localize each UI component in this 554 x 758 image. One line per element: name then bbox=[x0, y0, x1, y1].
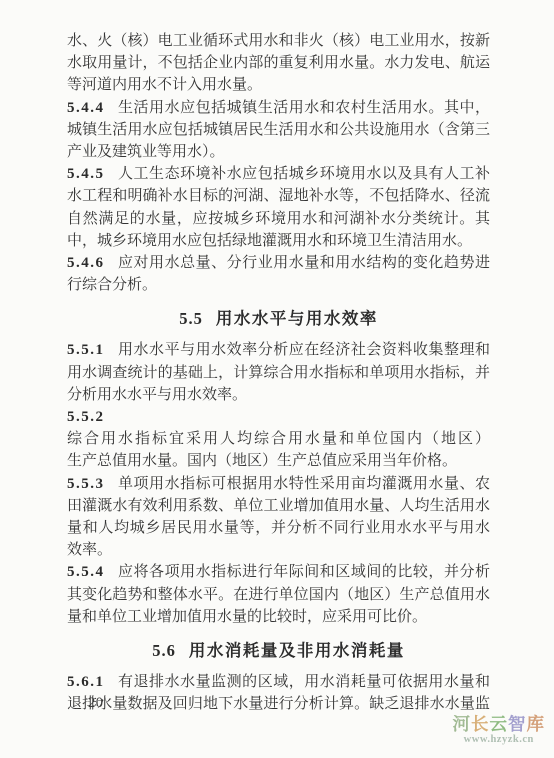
text-line: 等河道内用水不计入用水量。 bbox=[67, 74, 490, 96]
clause-number: 5.4.4 bbox=[67, 100, 105, 116]
text-line: 效率。 bbox=[67, 539, 490, 561]
text-line: 生产总值用水量。国内（地区）生产总值应采用当年价格。 bbox=[67, 450, 490, 472]
text-line: 水工程和明确补水目标的河湖、湿地补水等，不包括降水、径流 bbox=[67, 185, 490, 207]
paragraph: 水、火（核）电工业循环式用水和非火（核）电工业用水，按新水取用量计，不包括企业内… bbox=[67, 30, 490, 97]
section-number: 5.6 bbox=[152, 641, 176, 660]
text-line: 量和单位工业增加值用水量的比较时，应采用可比价。 bbox=[67, 606, 490, 628]
watermark-url: www.hzyzk.cn bbox=[453, 734, 546, 746]
page-content: 水、火（核）电工业循环式用水和非火（核）电工业用水，按新水取用量计，不包括企业内… bbox=[67, 30, 490, 715]
watermark-char: 河 bbox=[453, 714, 472, 734]
text-line: 5.5.3单项用水指标可根据用水特性采用亩均灌溉用水量、农 bbox=[67, 473, 490, 495]
clause-paragraph: 5.4.4生活用水应包括城镇生活用水和农村生活用水。其中，城镇生活用水应包括城镇… bbox=[67, 97, 490, 164]
text-line: 5.5.2综合用水指标宜采用人均综合用水量和单位国内（地区） bbox=[67, 406, 490, 450]
clause-paragraph: 5.5.1用水水平与用水效率分析应在经济社会资料收集整理和用水调查统计的基础上，… bbox=[67, 339, 490, 406]
text-line: 其变化趋势和整体水平。在进行单位国内（地区）生产总值用水 bbox=[67, 584, 490, 606]
watermark-title: 河长云智库 bbox=[453, 715, 546, 734]
text-line: 5.4.4生活用水应包括城镇生活用水和农村生活用水。其中， bbox=[67, 97, 490, 119]
text-line: 5.4.6应对用水总量、分行业用水量和用水结构的变化趋势进 bbox=[67, 252, 490, 274]
document-page: 水、火（核）电工业循环式用水和非火（核）电工业用水，按新水取用量计，不包括企业内… bbox=[0, 0, 554, 758]
watermark-char: 云 bbox=[490, 714, 509, 734]
clause-number: 5.5.3 bbox=[67, 476, 105, 492]
clause-paragraph: 5.5.3单项用水指标可根据用水特性采用亩均灌溉用水量、农田灌溉水有效利用系数、… bbox=[67, 473, 490, 562]
clause-number: 5.6.1 bbox=[67, 674, 105, 690]
text-line: 水取用量计，不包括企业内部的重复利用水量。水力发电、航运 bbox=[67, 52, 490, 74]
text-line: 5.5.4应将各项用水指标进行年际间和区域间的比较，并分析 bbox=[67, 561, 490, 583]
clause-number: 5.4.5 bbox=[67, 166, 105, 182]
watermark: 河长云智库 www.hzyzk.cn bbox=[453, 715, 546, 746]
text-line: 田灌溉水有效利用系数、单位工业增加值用水量、人均生活用水 bbox=[67, 495, 490, 517]
section-title: 用水水平与用水效率 bbox=[216, 309, 378, 328]
watermark-char: 长 bbox=[471, 714, 490, 734]
section-number: 5.5 bbox=[179, 309, 203, 328]
watermark-char: 库 bbox=[527, 714, 546, 734]
text-line: 城镇生活用水应包括城镇居民生活用水和公共设施用水（含第三 bbox=[67, 119, 490, 141]
watermark-char: 智 bbox=[508, 714, 527, 734]
section-title: 用水消耗量及非用水消耗量 bbox=[189, 641, 405, 660]
clause-paragraph: 5.6.1有退排水水量监测的区域，用水消耗量可依据用水量和退排水量数据及回归地下… bbox=[67, 671, 490, 715]
text-line: 5.5.1用水水平与用水效率分析应在经济社会资料收集整理和 bbox=[67, 339, 490, 361]
clause-paragraph: 5.4.5人工生态环境补水应包括城乡环境用水以及具有人工补水工程和明确补水目标的… bbox=[67, 163, 490, 252]
clause-number: 5.4.6 bbox=[67, 255, 105, 271]
clause-number: 5.5.4 bbox=[67, 564, 105, 580]
text-line: 退排水量数据及回归地下水量进行分析计算。缺乏退排水水量监 bbox=[67, 693, 490, 715]
page-number: 20 bbox=[88, 695, 104, 712]
text-line: 自然满足的水量，应按城乡环境用水和河湖补水分类统计。其 bbox=[67, 208, 490, 230]
clause-paragraph: 5.5.4应将各项用水指标进行年际间和区域间的比较，并分析其变化趋势和整体水平。… bbox=[67, 561, 490, 628]
section-heading: 5.5用水水平与用水效率 bbox=[67, 307, 490, 331]
section-heading: 5.6用水消耗量及非用水消耗量 bbox=[67, 639, 490, 663]
text-line: 5.6.1有退排水水量监测的区域，用水消耗量可依据用水量和 bbox=[67, 671, 490, 693]
clause-paragraph: 5.4.6应对用水总量、分行业用水量和用水结构的变化趋势进行综合分析。 bbox=[67, 252, 490, 296]
text-line: 量和人均城乡居民用水量等，并分析不同行业用水水平与用水 bbox=[67, 517, 490, 539]
clause-paragraph: 5.5.2综合用水指标宜采用人均综合用水量和单位国内（地区）生产总值用水量。国内… bbox=[67, 406, 490, 473]
text-line: 产业及建筑业等用水）。 bbox=[67, 141, 490, 163]
text-line: 中，城乡环境用水应包括绿地灌溉用水和环境卫生清洁用水。 bbox=[67, 230, 490, 252]
text-line: 5.4.5人工生态环境补水应包括城乡环境用水以及具有人工补 bbox=[67, 163, 490, 185]
text-line: 分析用水水平与用水效率。 bbox=[67, 384, 490, 406]
clause-number: 5.5.2 bbox=[67, 409, 105, 425]
text-line: 行综合分析。 bbox=[67, 274, 490, 296]
text-line: 用水调查统计的基础上，计算综合用水指标和单项用水指标，并 bbox=[67, 362, 490, 384]
text-line: 水、火（核）电工业循环式用水和非火（核）电工业用水，按新 bbox=[67, 30, 490, 52]
clause-number: 5.5.1 bbox=[67, 342, 105, 358]
